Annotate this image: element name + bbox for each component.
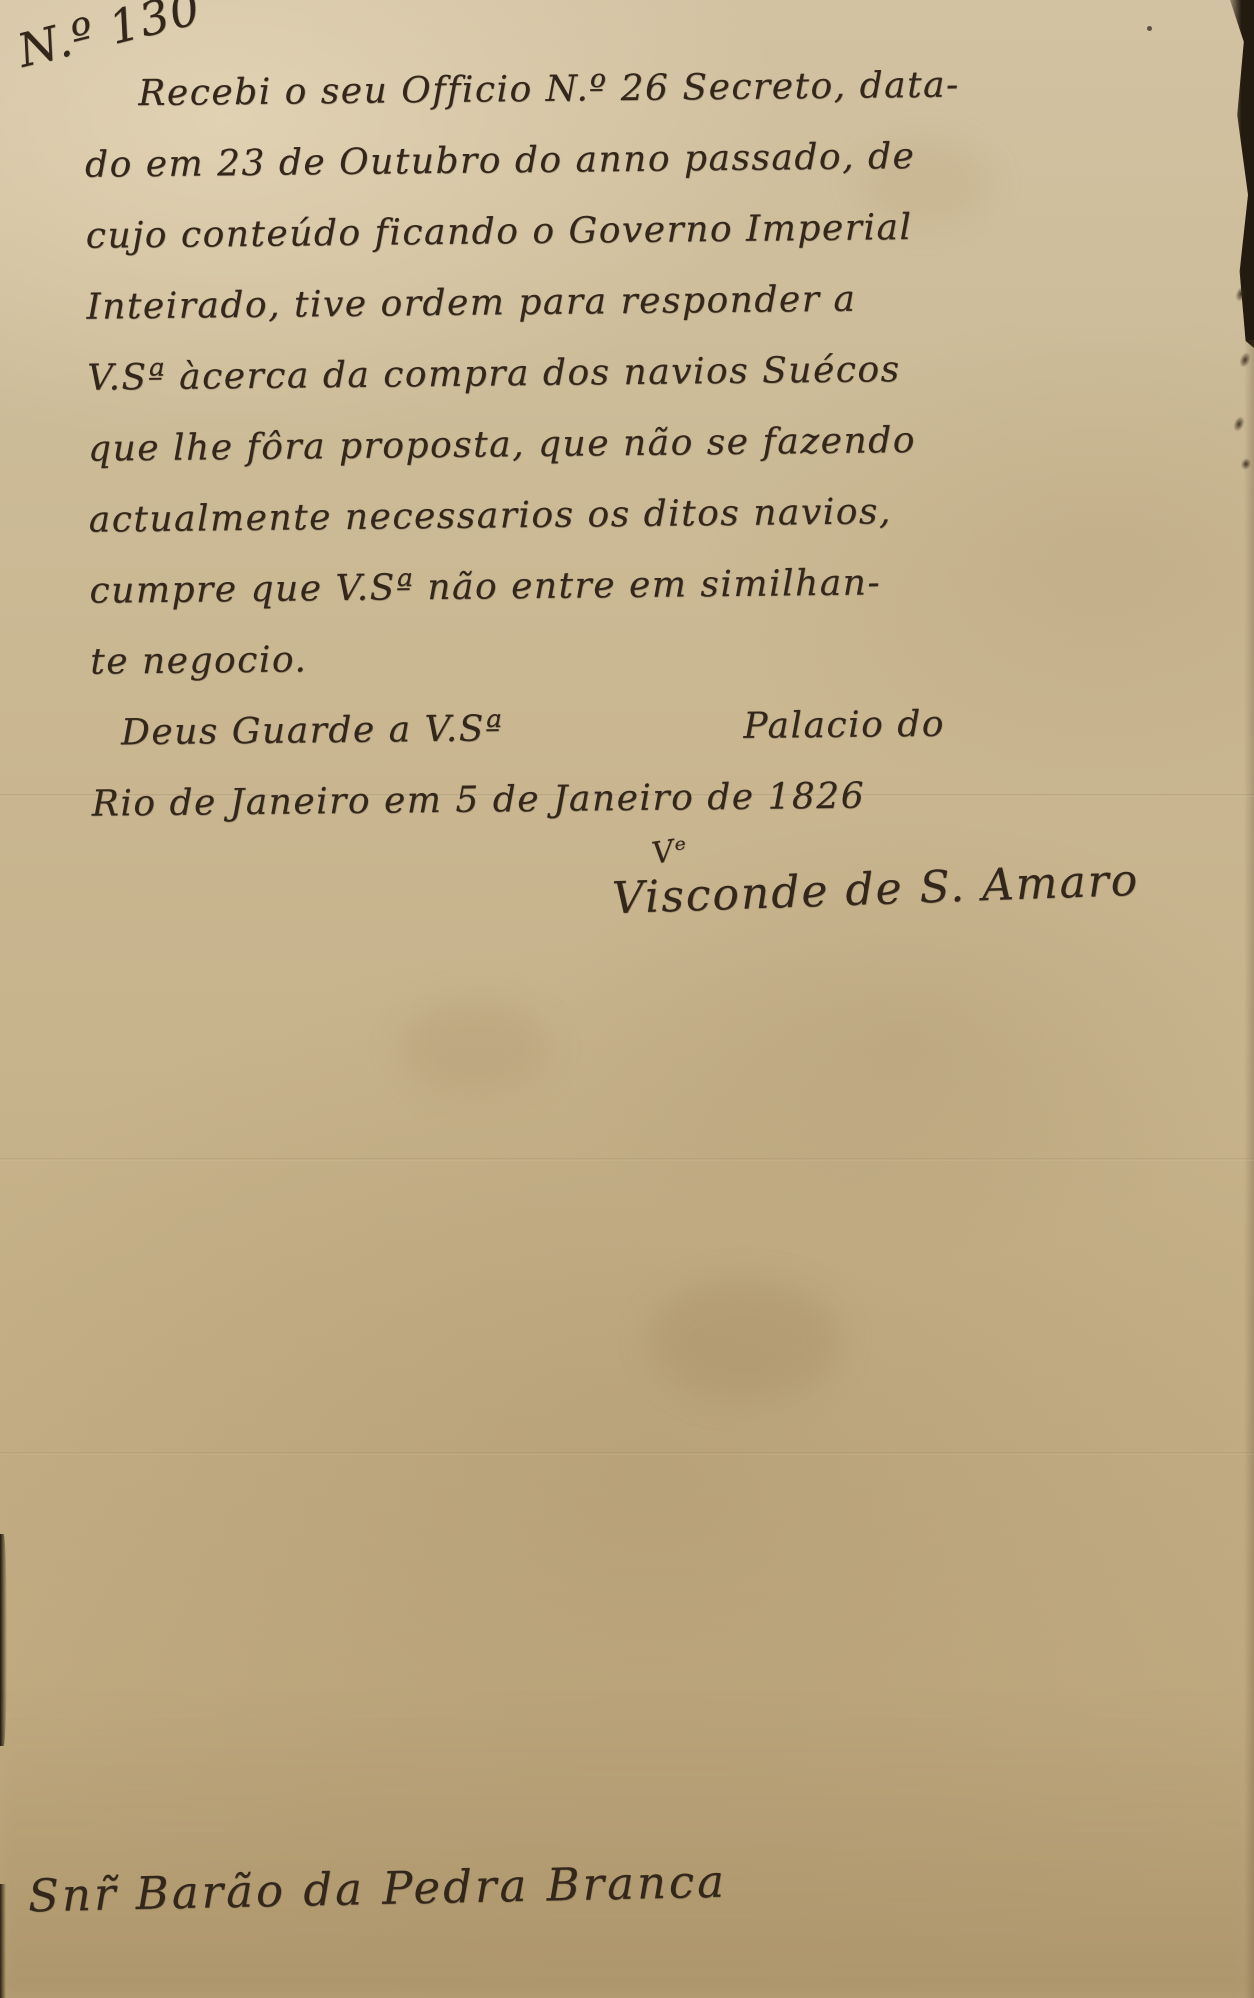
paper-crease bbox=[0, 1158, 1254, 1161]
body-line: Recebi o seu Officio N.º 26 Secreto, dat… bbox=[84, 49, 981, 129]
date-line: Rio de Janeiro em 5 de Janeiro de 1826 bbox=[91, 759, 988, 839]
body-line: cujo conteúdo ficando o Governo Imperial bbox=[85, 191, 982, 271]
paper-stain bbox=[650, 1280, 840, 1400]
body-line: do em 23 de Outubro do anno passado, de bbox=[85, 120, 982, 200]
body-line: cumpre que V.Sª não entre em similhan- bbox=[89, 546, 986, 626]
body-line: que lhe fôra proposta, que não se fazend… bbox=[88, 404, 985, 484]
paper-crease bbox=[0, 1452, 1254, 1455]
manuscript-page: N.º 130 Recebi o seu Officio N.º 26 Secr… bbox=[0, 0, 1254, 1998]
signature-flourish: Vᵉ bbox=[649, 831, 690, 871]
ink-speck bbox=[1147, 26, 1152, 31]
body-line: actualmente necessarios os ditos navios, bbox=[88, 475, 985, 555]
letter-body: Recebi o seu Officio N.º 26 Secreto, dat… bbox=[84, 49, 988, 839]
body-line: te negocio. bbox=[90, 617, 987, 697]
valediction: Deus Guarde a V.Sª bbox=[91, 693, 504, 768]
body-line: Inteirado, tive ordem para responder a bbox=[86, 262, 983, 342]
paper-stain bbox=[0, 1690, 1254, 1998]
body-line: V.Sª àcerca da compra dos navios Suécos bbox=[87, 333, 984, 413]
paper-stain bbox=[400, 1000, 550, 1095]
closing-row: Deus Guarde a V.Sª Palacio do bbox=[91, 688, 988, 768]
place-name: Palacio do bbox=[743, 689, 945, 762]
